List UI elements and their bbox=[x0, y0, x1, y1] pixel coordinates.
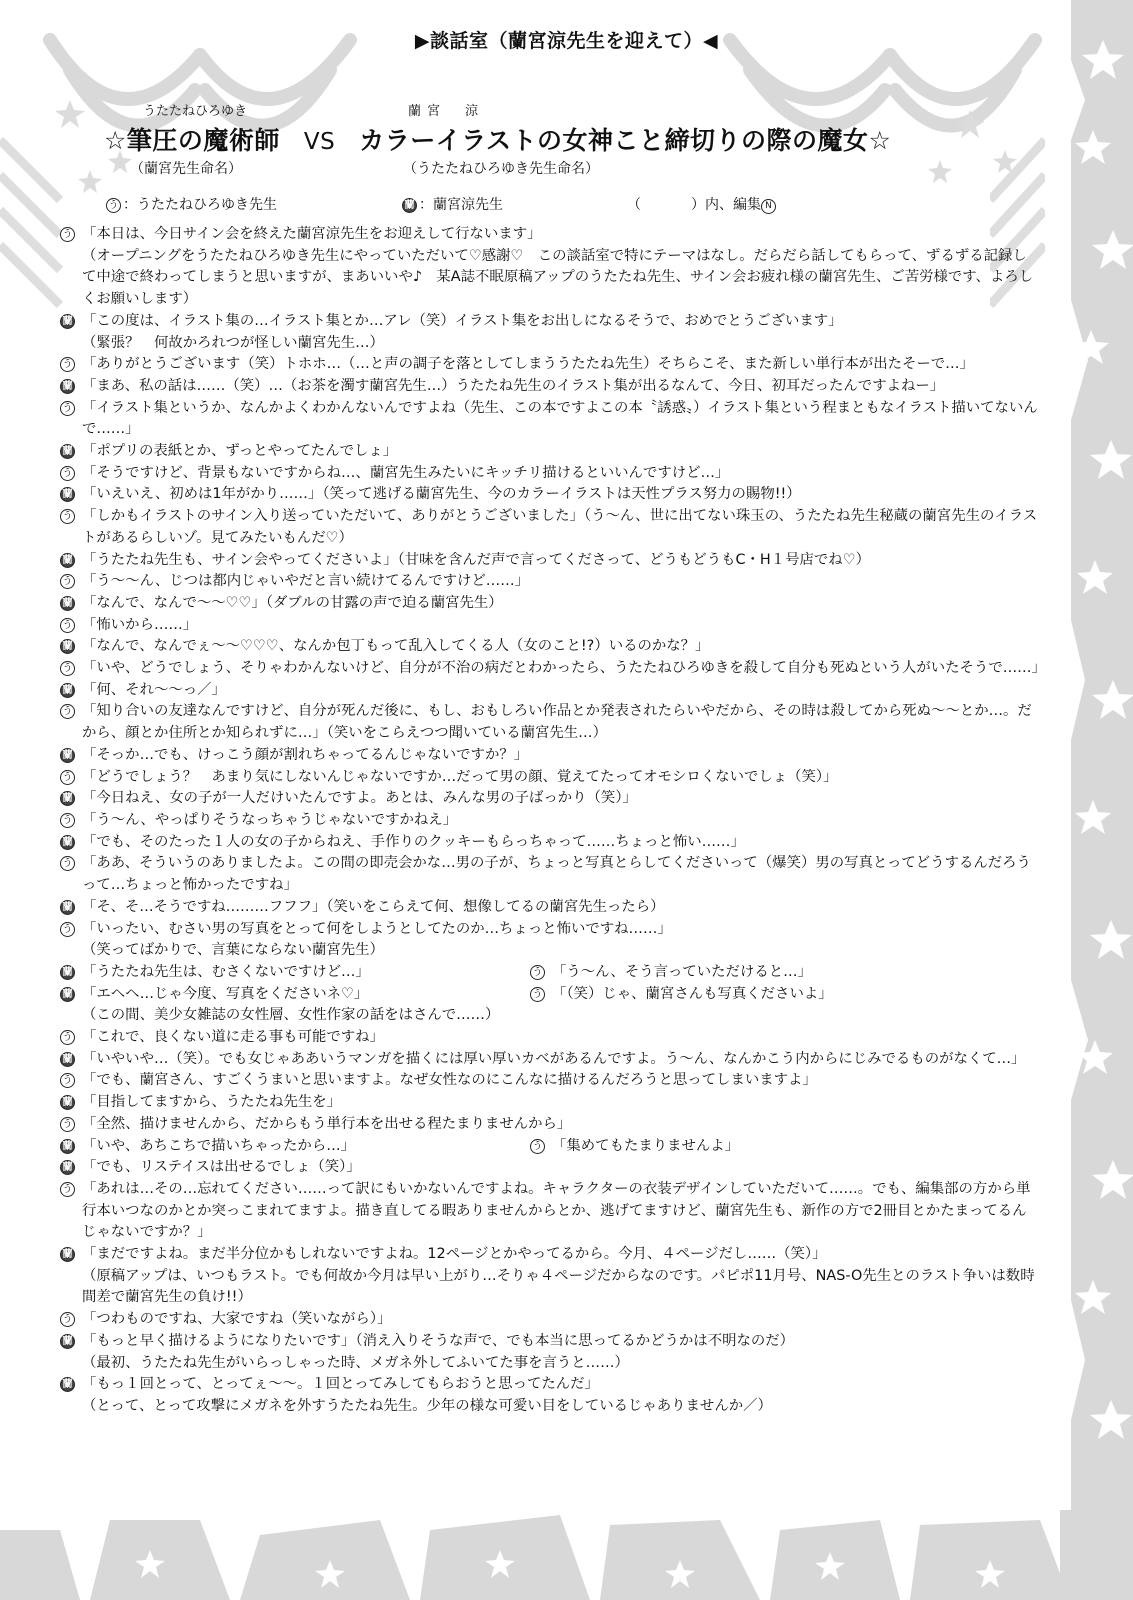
split-block-1: 蘭「うたたね先生は、むさくないですけど…」う「う～ん、そう言っていただけると…」… bbox=[60, 962, 1040, 1005]
speaker-u-icon: う bbox=[106, 198, 121, 213]
dialog-text: 「しかもイラストのサイン入り送っていただいて、ありがとうございました」（う～ん、… bbox=[82, 506, 1040, 549]
dialog-text: 「今日ねえ、女の子が一人だけいたんですよ。あとは、みんな男の子ばっかり（笑）」 bbox=[82, 788, 1040, 810]
dialog-text: 「あれは…その…忘れてください……って訳にもいかないんですよね。キャラクターの衣… bbox=[82, 1179, 1040, 1244]
dialog-line: う「ああ、そういうのありましたよ。この間の即売会かな…男の子が、ちょっと写真とら… bbox=[60, 853, 1040, 896]
editor-note-text: （とって、とって攻撃にメガネを外すうたたね先生。少年の様な可愛い目をしているじゃ… bbox=[82, 1396, 1040, 1418]
speaker-ran-icon: 蘭 bbox=[60, 639, 75, 654]
dialog-line: う「いや、どうでしょう、そりゃわかんないけど、自分が不治の病だとわかったら、うた… bbox=[60, 658, 1040, 680]
star-pattern-right-border-decoration bbox=[1033, 0, 1133, 1600]
dialog-line: う「ありがとうございます（笑）トホホ…（…と声の調子を落としてしまううたたね先生… bbox=[60, 354, 1040, 376]
vs-label: VS bbox=[304, 129, 335, 155]
dialog-line: 蘭「まだですよね。まだ半分位かもしれないですよね。12ページとかやってるから。今… bbox=[60, 1244, 1040, 1266]
editor-note-text: （笑ってばかりで、言葉にならない蘭宮先生） bbox=[82, 940, 1040, 962]
ruby-ranmiya-ryo: 蘭宮 涼 bbox=[408, 100, 484, 119]
speaker-ran-icon: 蘭 bbox=[60, 596, 75, 611]
speaker-ran-icon: 蘭 bbox=[60, 1160, 75, 1175]
dialog-text: 「知り合いの友達なんですけど、自分が死んだ後に、もし、おもしろい作品とか発表され… bbox=[82, 701, 1040, 744]
dialog-text: 「そうですけど、背景もないですからね…、蘭宮先生みたいにキッチリ描けるといいんで… bbox=[82, 463, 1040, 485]
dialog-line: う「知り合いの友達なんですけど、自分が死んだ後に、もし、おもしろい作品とか発表さ… bbox=[60, 701, 1040, 744]
dialog-line: 蘭「いえいえ、初めは1年がかり……」（笑って逃げる蘭宮先生、今のカラーイラストは… bbox=[60, 484, 1040, 506]
dialog-text: 「いやいや…（笑）。でも女じゃああいうマンガを描くには厚い厚いカベがあるんですよ… bbox=[82, 1049, 1040, 1071]
legend-ranmiya: 蘭：蘭宮涼先生 bbox=[402, 194, 503, 214]
interview-dialog: う「本日は、今日サイン会を終えた蘭宮涼先生をお迎えして行ないます」（オープニング… bbox=[60, 224, 1040, 1418]
speaker-ran-icon: 蘭 bbox=[60, 1052, 75, 1067]
speaker-u-icon: う bbox=[60, 1182, 75, 1197]
dialog-text: 「目指してますから、うたたね先生を」 bbox=[82, 1092, 1040, 1114]
dialog-text: 「イラスト集というか、なんかよくわかんないんですよね（先生、この本ですよこの本〝… bbox=[82, 398, 1040, 441]
dialog-text: 「いったい、むさい男の写真をとって何をしようとしてたのか…ちょっと怖いですね……… bbox=[82, 919, 1040, 941]
dialog-split-row: 蘭「いや、あちこちで描いちゃったから…」う「集めてもたまりませんよ」 bbox=[60, 1136, 1040, 1158]
speaker-ran-icon: 蘭 bbox=[60, 748, 75, 763]
dialog-text: 「もっ１回とって、とってぇ～～。１回とってみしてもらおうと思ってたんだ」 bbox=[82, 1374, 1040, 1396]
dialog-line: 蘭「いや、あちこちで描いちゃったから…」 bbox=[60, 1136, 550, 1158]
page-title: ▶談話室（蘭宮涼先生を迎えて）◀ bbox=[0, 26, 1133, 53]
dialog-text: 「そっか…でも、けっこう顔が割れちゃってるんじゃないですか？」 bbox=[82, 745, 1040, 767]
dialog-line: 蘭「もっ１回とって、とってぇ～～。１回とってみしてもらおうと思ってたんだ」 bbox=[60, 1374, 1040, 1396]
dialog-line: 蘭「今日ねえ、女の子が一人だけいたんですよ。あとは、みんな男の子ばっかり（笑）」 bbox=[60, 788, 1040, 810]
dialog-line: う「本日は、今日サイン会を終えた蘭宮涼先生をお迎えして行ないます」 bbox=[60, 224, 1040, 246]
dialog-line: 蘭「でも、そのたった１人の女の子からねえ、手作りのクッキーもらっちゃって……ちょ… bbox=[60, 832, 1040, 854]
speaker-ran-icon: 蘭 bbox=[60, 314, 75, 329]
dialog-line: 蘭「うたたね先生も、サイン会やってくださいよ」（甘味を含んだ声で言ってくださって… bbox=[60, 550, 1040, 572]
dialog-split-row: 蘭「うたたね先生は、むさくないですけど…」う「う～ん、そう言っていただけると…」 bbox=[60, 962, 1040, 984]
dialog-block-2: （この間、美少女雑誌の女性層、女性作家の話をはさんで……）う「これで、良くない道… bbox=[60, 1005, 1040, 1135]
dialog-text: 「ありがとうございます（笑）トホホ…（…と声の調子を落としてしまううたたね先生）… bbox=[82, 354, 1040, 376]
dialog-line: う「怖いから……」 bbox=[60, 615, 1040, 637]
speaker-u-icon: う bbox=[60, 466, 75, 481]
dialog-line: う「いったい、むさい男の写真をとって何をしようとしてたのか…ちょっと怖いですね…… bbox=[60, 919, 1040, 941]
dialog-line: う「あれは…その…忘れてください……って訳にもいかないんですよね。キャラクターの… bbox=[60, 1179, 1040, 1244]
dialog-text: 「（笑）じゃ、蘭宮さんも写真くださいよ」 bbox=[552, 984, 1020, 1006]
legend-editor-label: ）内、編集 bbox=[691, 197, 761, 213]
speaker-u-icon: う bbox=[60, 574, 75, 589]
ruby-utatane-hiroyuki: うたたねひろゆき bbox=[143, 100, 247, 119]
editor-note-line: （笑ってばかりで、言葉にならない蘭宮先生） bbox=[60, 940, 1040, 962]
speaker-u-icon: う bbox=[60, 856, 75, 871]
dialog-text: 「いや、あちこちで描いちゃったから…」 bbox=[82, 1136, 550, 1158]
editor-note-line: （原稿アップは、いつもラスト。でも何故か今月は早い上がり…そりゃ４ページだからな… bbox=[60, 1266, 1040, 1309]
dialog-text: 「でも、そのたった１人の女の子からねえ、手作りのクッキーもらっちゃって……ちょっ… bbox=[82, 832, 1040, 854]
speaker-ran-icon: 蘭 bbox=[60, 683, 75, 698]
right-title: カラーイラストの女神こと締切りの際の魔女☆ bbox=[359, 126, 891, 155]
dialog-text: 「もっと早く描けるようになりたいです」（消え入りそうな声で、でも本当に思ってるか… bbox=[82, 1331, 1040, 1353]
dialog-line: 蘭「目指してますから、うたたね先生を」 bbox=[60, 1092, 1040, 1114]
versus-headline: ☆筆圧の魔術師VSカラーイラストの女神こと締切りの際の魔女☆ bbox=[104, 121, 891, 157]
dialog-line: 蘭「もっと早く描けるようになりたいです」（消え入りそうな声で、でも本当に思ってる… bbox=[60, 1331, 1040, 1353]
dialog-text: 「いや、どうでしょう、そりゃわかんないけど、自分が不治の病だとわかったら、うたた… bbox=[82, 658, 1040, 680]
speaker-u-icon: う bbox=[60, 509, 75, 524]
dialog-line: 蘭「まあ、私の話は……（笑）…（お茶を濁す蘭宮先生…）うたたね先生のイラスト集が… bbox=[60, 376, 1040, 398]
dialog-text: 「ポプリの表紙とか、ずっとやってたんでしょ」 bbox=[82, 441, 1040, 463]
split-block-2: 蘭「いや、あちこちで描いちゃったから…」う「集めてもたまりませんよ」 bbox=[60, 1136, 1040, 1158]
dialog-line: 蘭「ポプリの表紙とか、ずっとやってたんでしょ」 bbox=[60, 441, 1040, 463]
speaker-u-icon: う bbox=[60, 618, 75, 633]
speaker-u-icon: う bbox=[60, 357, 75, 372]
editor-note-text: （最初、うたたね先生がいらっしゃった時、メガネ外してふいてた事を言うと……） bbox=[82, 1353, 1040, 1375]
speaker-u-icon: う bbox=[60, 401, 75, 416]
legend-utatane: う：うたたねひろゆき先生 bbox=[106, 194, 277, 214]
speaker-u-icon: う bbox=[60, 922, 75, 937]
dialog-text: 「う～ん、そう言っていただけると…」 bbox=[552, 962, 1020, 984]
dialog-line: 蘭「でも、リステイスは出せるでしょ（笑）」 bbox=[60, 1157, 1040, 1179]
dialog-text: 「うたたね先生も、サイン会やってくださいよ」（甘味を含んだ声で言ってくださって、… bbox=[82, 550, 1040, 572]
left-title: ☆筆圧の魔術師 bbox=[104, 126, 280, 155]
dialog-text: 「集めてもたまりませんよ」 bbox=[552, 1136, 1020, 1158]
speaker-u-icon: う bbox=[60, 770, 75, 785]
dialog-text: 「でも、蘭宮さん、すごくうまいと思いますよ。なぜ女性なのにこんなに描けるんだろう… bbox=[82, 1070, 1040, 1092]
dialog-line: 蘭「何、それ～～っ／」 bbox=[60, 680, 1040, 702]
speaker-u-icon: う bbox=[60, 227, 75, 242]
editor-note-line: （とって、とって攻撃にメガネを外すうたたね先生。少年の様な可愛い目をしているじゃ… bbox=[60, 1396, 1040, 1418]
editor-note-text: （原稿アップは、いつもラスト。でも何故か今月は早い上がり…そりゃ４ページだからな… bbox=[82, 1266, 1040, 1309]
dialog-block-1: う「本日は、今日サイン会を終えた蘭宮涼先生をお迎えして行ないます」（オープニング… bbox=[60, 224, 1040, 962]
speaker-ran-icon: 蘭 bbox=[60, 1247, 75, 1262]
dialog-line: 蘭「エヘヘ…じゃ今度、写真をくださいネ♡」 bbox=[60, 984, 550, 1006]
dialog-line: 蘭「この度は、イラスト集の…イラスト集とか…アレ（笑）イラスト集をお出しになるそ… bbox=[60, 311, 1040, 333]
dialog-text: 「う～ん、やっぱりそうなっちゃうじゃないですかねえ」 bbox=[82, 810, 1040, 832]
dialog-text: 「うたたね先生は、むさくないですけど…」 bbox=[82, 962, 550, 984]
dialog-line: う「全然、描けませんから、だからもう単行本を出せる程たまりませんから」 bbox=[60, 1114, 1040, 1136]
speaker-ran-icon: 蘭 bbox=[60, 379, 75, 394]
dialog-line: う「（笑）じゃ、蘭宮さんも写真くださいよ」 bbox=[530, 984, 1020, 1006]
speaker-u-icon: う bbox=[60, 1117, 75, 1132]
dialog-text: 「そ、そ…そうですね………フフフ」（笑いをこらえて何、想像してるの蘭宮先生ったら… bbox=[82, 897, 1040, 919]
dialog-text: 「まだですよね。まだ半分位かもしれないですよね。12ページとかやってるから。今月… bbox=[82, 1244, 1040, 1266]
dialog-text: 「つわものですね、大家ですね（笑いながら）」 bbox=[82, 1309, 1040, 1331]
speaker-ran-icon: 蘭 bbox=[60, 987, 75, 1002]
speaker-u-icon: う bbox=[60, 661, 75, 676]
dialog-text: 「まあ、私の話は……（笑）…（お茶を濁す蘭宮先生…）うたたね先生のイラスト集が出… bbox=[82, 376, 1040, 398]
dialog-line: 蘭「そっか…でも、けっこう顔が割れちゃってるんじゃないですか？」 bbox=[60, 745, 1040, 767]
editor-note-line: （最初、うたたね先生がいらっしゃった時、メガネ外してふいてた事を言うと……） bbox=[60, 1353, 1040, 1375]
speaker-ran-icon: 蘭 bbox=[60, 444, 75, 459]
speaker-ran-icon: 蘭 bbox=[60, 1334, 75, 1349]
dialog-block-3: 蘭「でも、リステイスは出せるでしょ（笑）」う「あれは…その…忘れてください……っ… bbox=[60, 1157, 1040, 1417]
speaker-ran-icon: 蘭 bbox=[60, 1377, 75, 1392]
dialog-line: う「どうでしょう？ あまり気にしないんじゃないですか…だって男の顔、覚えてたって… bbox=[60, 767, 1040, 789]
right-title-namer: （うたたねひろゆき先生命名） bbox=[403, 158, 599, 178]
dialog-line: 蘭「うたたね先生は、むさくないですけど…」 bbox=[60, 962, 550, 984]
speaker-u-icon: う bbox=[60, 1073, 75, 1088]
dialog-text: 「いえいえ、初めは1年がかり……」（笑って逃げる蘭宮先生、今のカラーイラストは天… bbox=[82, 484, 1040, 506]
star-pattern-bottom-border-decoration bbox=[0, 1490, 1133, 1600]
dialog-split-row: 蘭「エヘヘ…じゃ今度、写真をくださいネ♡」う「（笑）じゃ、蘭宮さんも写真ください… bbox=[60, 984, 1040, 1006]
dialog-line: う「そうですけど、背景もないですからね…、蘭宮先生みたいにキッチリ描けるといいん… bbox=[60, 463, 1040, 485]
dialog-line: 蘭「そ、そ…そうですね………フフフ」（笑いをこらえて何、想像してるの蘭宮先生った… bbox=[60, 897, 1040, 919]
dialog-line: う「しかもイラストのサイン入り送っていただいて、ありがとうございました」（う～ん… bbox=[60, 506, 1040, 549]
dialog-text: 「でも、リステイスは出せるでしょ（笑）」 bbox=[82, 1157, 1040, 1179]
speaker-ran-icon: 蘭 bbox=[60, 1139, 75, 1154]
speaker-u-icon: う bbox=[60, 1312, 75, 1327]
speaker-ran-icon: 蘭 bbox=[60, 835, 75, 850]
legend-ranmiya-label: ：蘭宮涼先生 bbox=[419, 197, 503, 213]
dialog-line: う「う～～ん、じつは都内じゃいやだと言い続けてるんですけど……」 bbox=[60, 571, 1040, 593]
speaker-ran-icon: 蘭 bbox=[60, 1095, 75, 1110]
editor-note-text: （この間、美少女雑誌の女性層、女性作家の話をはさんで……） bbox=[82, 1005, 1040, 1027]
speaker-u-icon: う bbox=[60, 813, 75, 828]
dialog-line: う「でも、蘭宮さん、すごくうまいと思いますよ。なぜ女性なのにこんなに描けるんだろ… bbox=[60, 1070, 1040, 1092]
dialog-line: う「イラスト集というか、なんかよくわかんないんですよね（先生、この本ですよこの本… bbox=[60, 398, 1040, 441]
left-title-namer: （蘭宮先生命名） bbox=[130, 158, 242, 178]
dialog-line: う「つわものですね、大家ですね（笑いながら）」 bbox=[60, 1309, 1040, 1331]
speaker-ran-icon: 蘭 bbox=[60, 791, 75, 806]
speaker-ran-icon: 蘭 bbox=[60, 900, 75, 915]
speaker-u-icon: う bbox=[530, 965, 545, 980]
dialog-text: 「怖いから……」 bbox=[82, 615, 1040, 637]
speaker-ran-icon: 蘭 bbox=[60, 965, 75, 980]
dialog-text: 「う～～ん、じつは都内じゃいやだと言い続けてるんですけど……」 bbox=[82, 571, 1040, 593]
dialog-text: 「これで、良くない道に走る事も可能ですね」 bbox=[82, 1027, 1040, 1049]
editor-note-line: （この間、美少女雑誌の女性層、女性作家の話をはさんで……） bbox=[60, 1005, 1040, 1027]
speaker-u-icon: う bbox=[60, 704, 75, 719]
speaker-ran-icon: 蘭 bbox=[60, 487, 75, 502]
dialog-line: 蘭「いやいや…（笑）。でも女じゃああいうマンガを描くには厚い厚いカベがあるんです… bbox=[60, 1049, 1040, 1071]
editor-note-text: （オープニングをうたたねひろゆき先生にやっていただいて♡感謝♡ この談話室で特に… bbox=[82, 246, 1040, 311]
dialog-line: 蘭「なんで、なんでぇ～～♡♡♡、なんか包丁もって乱入してくる人（女のこと!?）い… bbox=[60, 636, 1040, 658]
dialog-line: う「う～ん、やっぱりそうなっちゃうじゃないですかねえ」 bbox=[60, 810, 1040, 832]
dialog-line: う「集めてもたまりませんよ」 bbox=[530, 1136, 1020, 1158]
dialog-text: 「どうでしょう？ あまり気にしないんじゃないですか…だって男の顔、覚えてたってオ… bbox=[82, 767, 1040, 789]
dialog-text: 「なんで、なんで～～♡♡」（ダブルの甘露の声で迫る蘭宮先生） bbox=[82, 593, 1040, 615]
dialog-line: う「う～ん、そう言っていただけると…」 bbox=[530, 962, 1020, 984]
dialog-text: 「何、それ～～っ／」 bbox=[82, 680, 1040, 702]
legend-utatane-label: ：うたたねひろゆき先生 bbox=[123, 197, 277, 213]
dialog-text: 「全然、描けませんから、だからもう単行本を出せる程たまりませんから」 bbox=[82, 1114, 1040, 1136]
editor-note-text: （緊張？ 何故かろれつが怪しい蘭宮先生…） bbox=[82, 333, 1040, 355]
dialog-text: 「なんで、なんでぇ～～♡♡♡、なんか包丁もって乱入してくる人（女のこと!?）いる… bbox=[82, 636, 1040, 658]
dialog-text: 「エヘヘ…じゃ今度、写真をくださいネ♡」 bbox=[82, 984, 550, 1006]
dialog-line: 蘭「なんで、なんで～～♡♡」（ダブルの甘露の声で迫る蘭宮先生） bbox=[60, 593, 1040, 615]
dialog-text: 「この度は、イラスト集の…イラスト集とか…アレ（笑）イラスト集をお出しになるそう… bbox=[82, 311, 1040, 333]
speaker-u-icon: う bbox=[530, 987, 545, 1002]
speaker-u-icon: う bbox=[60, 1030, 75, 1045]
dialog-text: 「ああ、そういうのありましたよ。この間の即売会かな…男の子が、ちょっと写真とらし… bbox=[82, 853, 1040, 896]
speaker-u-icon: う bbox=[530, 1139, 545, 1154]
editor-note-line: （緊張？ 何故かろれつが怪しい蘭宮先生…） bbox=[60, 333, 1040, 355]
dialog-line: う「これで、良くない道に走る事も可能ですね」 bbox=[60, 1027, 1040, 1049]
dialog-text: 「本日は、今日サイン会を終えた蘭宮涼先生をお迎えして行ないます」 bbox=[82, 224, 1040, 246]
legend-editor: （）内、編集N bbox=[627, 194, 778, 214]
speaker-ran-icon: 蘭 bbox=[402, 198, 417, 213]
editor-note-line: （オープニングをうたたねひろゆき先生にやっていただいて♡感謝♡ この談話室で特に… bbox=[60, 246, 1040, 311]
speaker-ran-icon: 蘭 bbox=[60, 553, 75, 568]
editor-n-icon: N bbox=[761, 199, 776, 214]
